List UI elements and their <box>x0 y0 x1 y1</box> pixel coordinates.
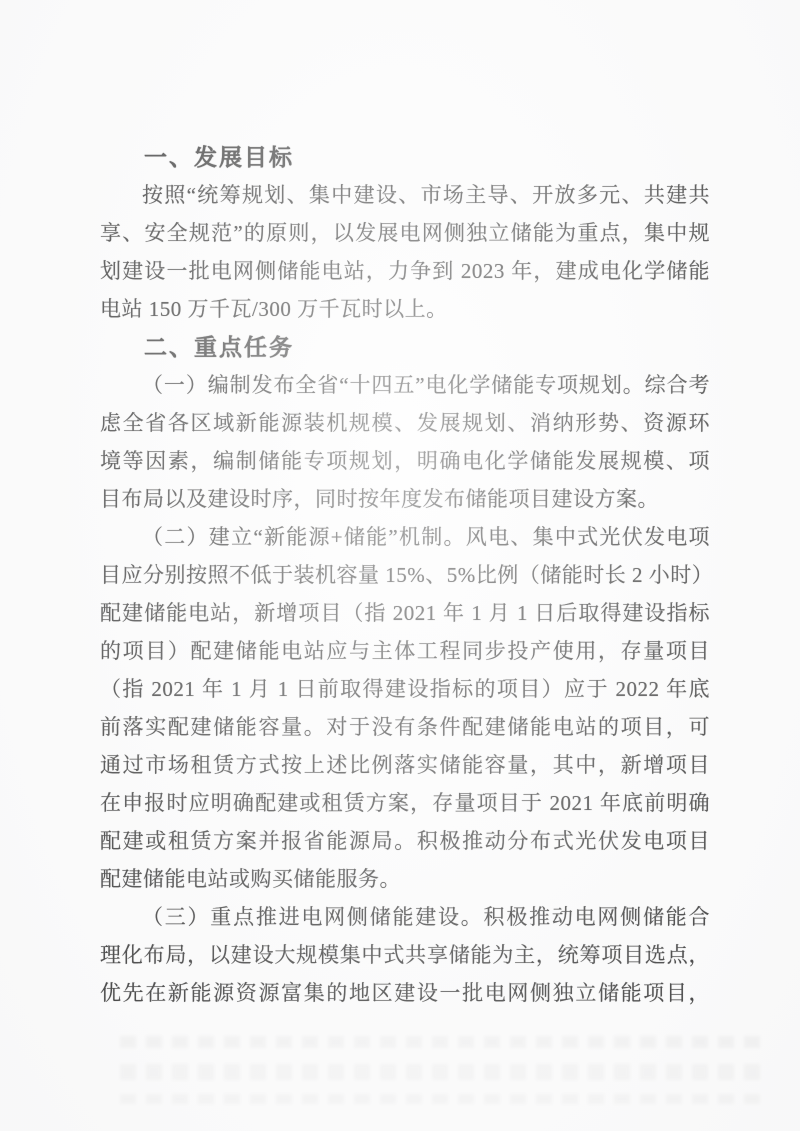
body-line: 在申报时应明确配建或租赁方案，存量项目于 2021 年底前明确 <box>100 784 710 822</box>
body-line: 通过市场租赁方式按上述比例落实储能容量，其中，新增项目 <box>100 746 710 784</box>
body-line-paragraph-end: 配建储能电站或购买储能服务。 <box>100 860 710 898</box>
page-bleed-through-ghost <box>120 1094 760 1104</box>
body-line: （指 2021 年 1 月 1 日前取得建设指标的项目）应于 2022 年底 <box>100 670 710 708</box>
document-page: 一、发展目标 按照“统筹规划、集中建设、市场主导、开放多元、共建共 享、安全规范… <box>0 0 800 1131</box>
body-line: 目应分别按照不低于装机容量 15%、5%比例（储能时长 2 小时） <box>100 556 710 594</box>
body-line: 虑全省各区域新能源装机规模、发展规划、消纳形势、资源环 <box>100 404 710 442</box>
page-bleed-through-ghost <box>120 1036 760 1048</box>
body-line: 优先在新能源资源富集的地区建设一批电网侧独立储能项目， <box>100 974 710 1012</box>
body-line: 配建储能电站，新增项目（指 2021 年 1 月 1 日后取得建设指标 <box>100 594 710 632</box>
body-line: 理化布局，以建设大规模集中式共享储能为主，统筹项目选点， <box>100 936 710 974</box>
body-line: 前落实配建储能容量。对于没有条件配建储能电站的项目，可 <box>100 708 710 746</box>
body-line: 境等因素，编制储能专项规划，明确电化学储能发展规模、项 <box>100 442 710 480</box>
document-text-block: 一、发展目标 按照“统筹规划、集中建设、市场主导、开放多元、共建共 享、安全规范… <box>100 138 710 1012</box>
body-line-paragraph-end: 电站 150 万千瓦/300 万千瓦时以上。 <box>100 290 710 328</box>
body-line: 享、安全规范”的原则，以发展电网侧独立储能为重点，集中规 <box>100 214 710 252</box>
body-line-item-3-start: （三）重点推进电网侧储能建设。积极推动电网侧储能合 <box>100 898 710 936</box>
body-line-item-1-start: （一）编制发布全省“十四五”电化学储能专项规划。综合考 <box>100 366 710 404</box>
body-line-item-2-start: （二）建立“新能源+储能”机制。风电、集中式光伏发电项 <box>100 518 710 556</box>
body-line-paragraph-end: 目布局以及建设时序，同时按年度发布储能项目建设方案。 <box>100 480 710 518</box>
section-heading-key-tasks: 二、重点任务 <box>100 328 710 366</box>
body-line: 配建或租赁方案并报省能源局。积极推动分布式光伏发电项目 <box>100 822 710 860</box>
body-line: 按照“统筹规划、集中建设、市场主导、开放多元、共建共 <box>100 176 710 214</box>
body-line: 划建设一批电网侧储能电站，力争到 2023 年，建成电化学储能 <box>100 252 710 290</box>
body-line: 的项目）配建储能电站应与主体工程同步投产使用，存量项目 <box>100 632 710 670</box>
page-bleed-through-ghost <box>120 1064 760 1080</box>
section-heading-development-goals: 一、发展目标 <box>100 138 710 176</box>
